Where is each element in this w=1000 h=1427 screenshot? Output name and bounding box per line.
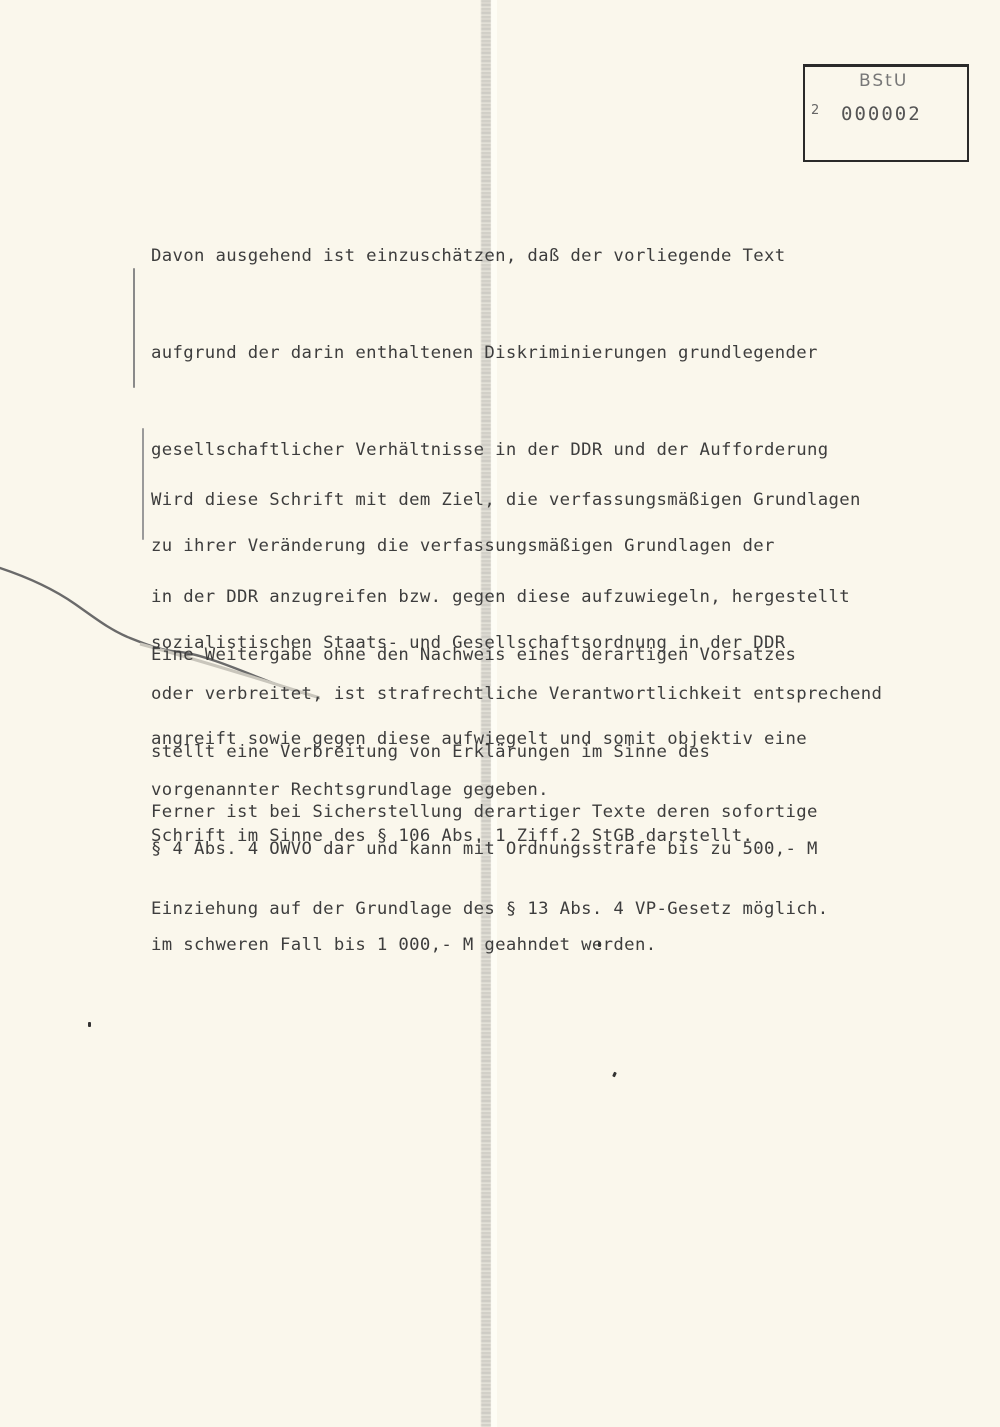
margin-mark (142, 428, 144, 540)
text-line: Einziehung auf der Grundlage des § 13 Ab… (151, 893, 829, 925)
document-page: BStU 2 000002 Davon ausgehend ist einzus… (0, 0, 1000, 1427)
margin-mark (133, 268, 135, 388)
text-line: Ferner ist bei Sicherstellung derartiger… (151, 796, 829, 828)
text-line: Davon ausgehend ist einzuschätzen, daß d… (151, 240, 829, 272)
ink-speck (88, 1022, 91, 1027)
paragraph-confiscation: Ferner ist bei Sicherstellung derartiger… (151, 732, 829, 990)
text-line: Eine Weitergabe ohne den Nachweis eines … (151, 639, 818, 671)
stamp-page-number: 000002 (841, 103, 922, 125)
text-line: aufgrund der darin enthaltenen Diskrimin… (151, 337, 829, 369)
archive-stamp: BStU 2 000002 (803, 64, 969, 162)
stamp-label: BStU (859, 71, 908, 91)
ink-speck (612, 1072, 617, 1078)
stamp-side-number: 2 (811, 103, 819, 118)
ink-speck (598, 942, 601, 947)
text-line: Wird diese Schrift mit dem Ziel, die ver… (151, 484, 882, 516)
